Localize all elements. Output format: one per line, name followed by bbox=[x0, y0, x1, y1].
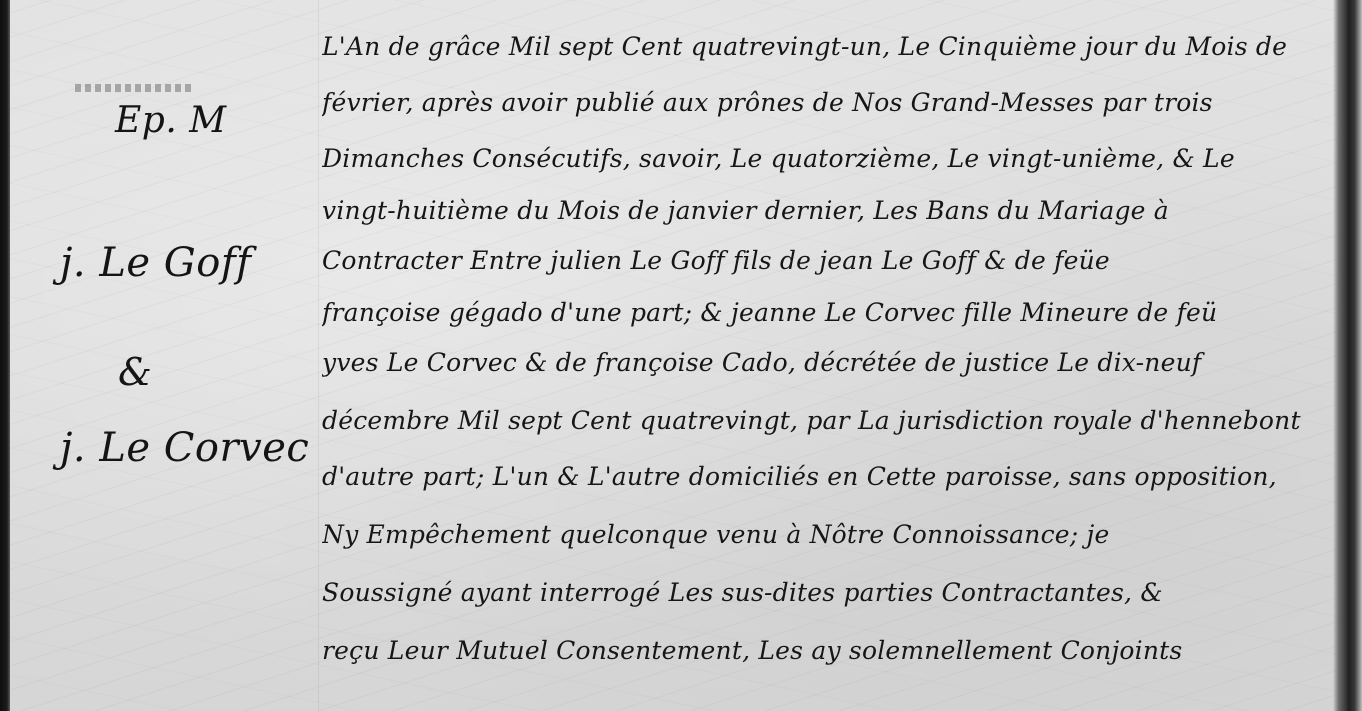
record-line: décembre Mil sept Cent quatrevingt, par … bbox=[322, 406, 1332, 435]
margin-bride-name: j. Le Corvec bbox=[60, 425, 309, 471]
right-page-edge bbox=[1333, 0, 1362, 711]
record-line: Dimanches Consécutifs, savoir, Le quator… bbox=[322, 144, 1332, 173]
record-line: reçu Leur Mutuel Consentement, Les ay so… bbox=[322, 636, 1332, 665]
record-line: Contracter Entre julien Le Goff fils de … bbox=[322, 246, 1332, 275]
margin-groom-name: j. Le Goff bbox=[60, 240, 251, 286]
record-line: vingt-huitième du Mois de janvier dernie… bbox=[322, 196, 1332, 225]
record-line: yves Le Corvec & de françoise Cado, décr… bbox=[322, 348, 1332, 377]
record-line: françoise gégado d'une part; & jeanne Le… bbox=[322, 298, 1332, 327]
faded-margin-mark bbox=[75, 84, 195, 92]
record-body: L'An de grâce Mil sept Cent quatrevingt-… bbox=[322, 0, 1332, 711]
margin-annotation-ep: Ep. M bbox=[115, 100, 227, 141]
record-line: Soussigné ayant interrogé Les sus-dites … bbox=[322, 578, 1332, 607]
record-line: Ny Empêchement quelconque venu à Nôtre C… bbox=[322, 520, 1332, 549]
record-line: d'autre part; L'un & L'autre domiciliés … bbox=[322, 462, 1332, 491]
margin-ampersand: & bbox=[118, 350, 152, 394]
record-line: février, après avoir publié aux prônes d… bbox=[322, 88, 1332, 117]
margin-column: Ep. M j. Le Goff & j. Le Corvec bbox=[0, 0, 320, 711]
record-line: L'An de grâce Mil sept Cent quatrevingt-… bbox=[322, 32, 1332, 61]
register-page-scan: Ep. M j. Le Goff & j. Le Corvec L'An de … bbox=[0, 0, 1362, 711]
